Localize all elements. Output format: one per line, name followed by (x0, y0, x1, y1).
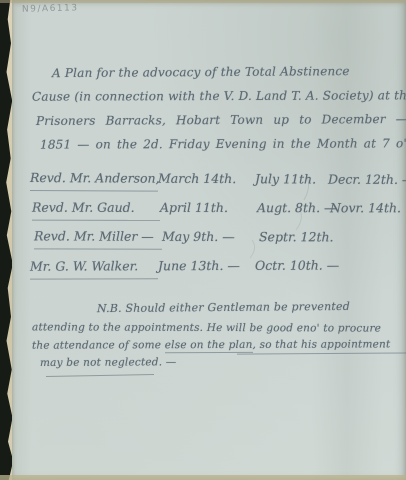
heading-line: Prisoners Barracks, Hobart Town up to De… (30, 107, 402, 133)
preacher-name: Revd. Mr. Gaud. (32, 197, 160, 221)
schedule-row: Revd. Mr. Miller — May 9th. — Septr. 12t… (30, 225, 406, 255)
note-text: the attendance of some (32, 339, 165, 351)
note-text: , so that his appointment (253, 338, 391, 350)
heading-line: A Plan for the advocacy of the Total Abs… (30, 59, 402, 86)
manuscript-scan: N9/A6113 A Plan for the advocacy of the … (0, 0, 406, 480)
underlined-phrase: else on the plan (165, 339, 253, 353)
scan-bottom-edge (0, 475, 406, 480)
heading-line: 1851 — on the 2d. Friday Evening in the … (30, 131, 402, 156)
pen-flourish-underline (46, 374, 154, 377)
schedule-date: March 14th. (158, 168, 255, 198)
schedule-date: July 11th. (255, 168, 328, 197)
note-line: attending to the appointments. He will b… (32, 315, 406, 337)
schedule-date: Septr. 12th. (259, 226, 332, 255)
preacher-name: Revd. Mr. Miller — (34, 225, 162, 249)
scan-top-edge (0, 0, 406, 3)
document-heading: A Plan for the advocacy of the Total Abs… (30, 60, 402, 156)
nota-bene-paragraph: N.B. Should either Gentleman be prevente… (32, 299, 406, 371)
archive-ref-number: N9/A6113 (22, 3, 79, 14)
preacher-name: Mr. G. W. Walker. (30, 255, 158, 279)
schedule-date (332, 226, 406, 255)
heading-line: Cause (in connection with the V. D. Land… (30, 83, 402, 108)
preacher-name: Revd. Mr. Anderson, (30, 167, 158, 192)
paper-sheet: N9/A6113 A Plan for the advocacy of the … (12, 0, 406, 480)
schedule-date (328, 254, 406, 283)
schedule-row: Revd. Mr. Anderson, March 14th. July 11t… (30, 167, 406, 198)
schedule-row: Revd. Mr. Gaud. April 11th. Augt. 8th. —… (30, 197, 406, 227)
schedule-date: June 13th. — (158, 255, 255, 284)
schedule-date: Novr. 14th. (330, 197, 406, 226)
preaching-schedule: Revd. Mr. Anderson, March 14th. July 11t… (30, 168, 406, 284)
schedule-date: April 11th. (160, 197, 257, 226)
schedule-date: Decr. 12th. — (328, 169, 406, 198)
note-line: may be not neglected. — (32, 353, 406, 372)
schedule-date: Octr. 10th. — (255, 255, 328, 284)
schedule-date: May 9th. — (162, 226, 259, 255)
schedule-row: Mr. G. W. Walker. June 13th. — Octr. 10t… (30, 254, 406, 284)
schedule-date: Augt. 8th. — (257, 197, 330, 226)
